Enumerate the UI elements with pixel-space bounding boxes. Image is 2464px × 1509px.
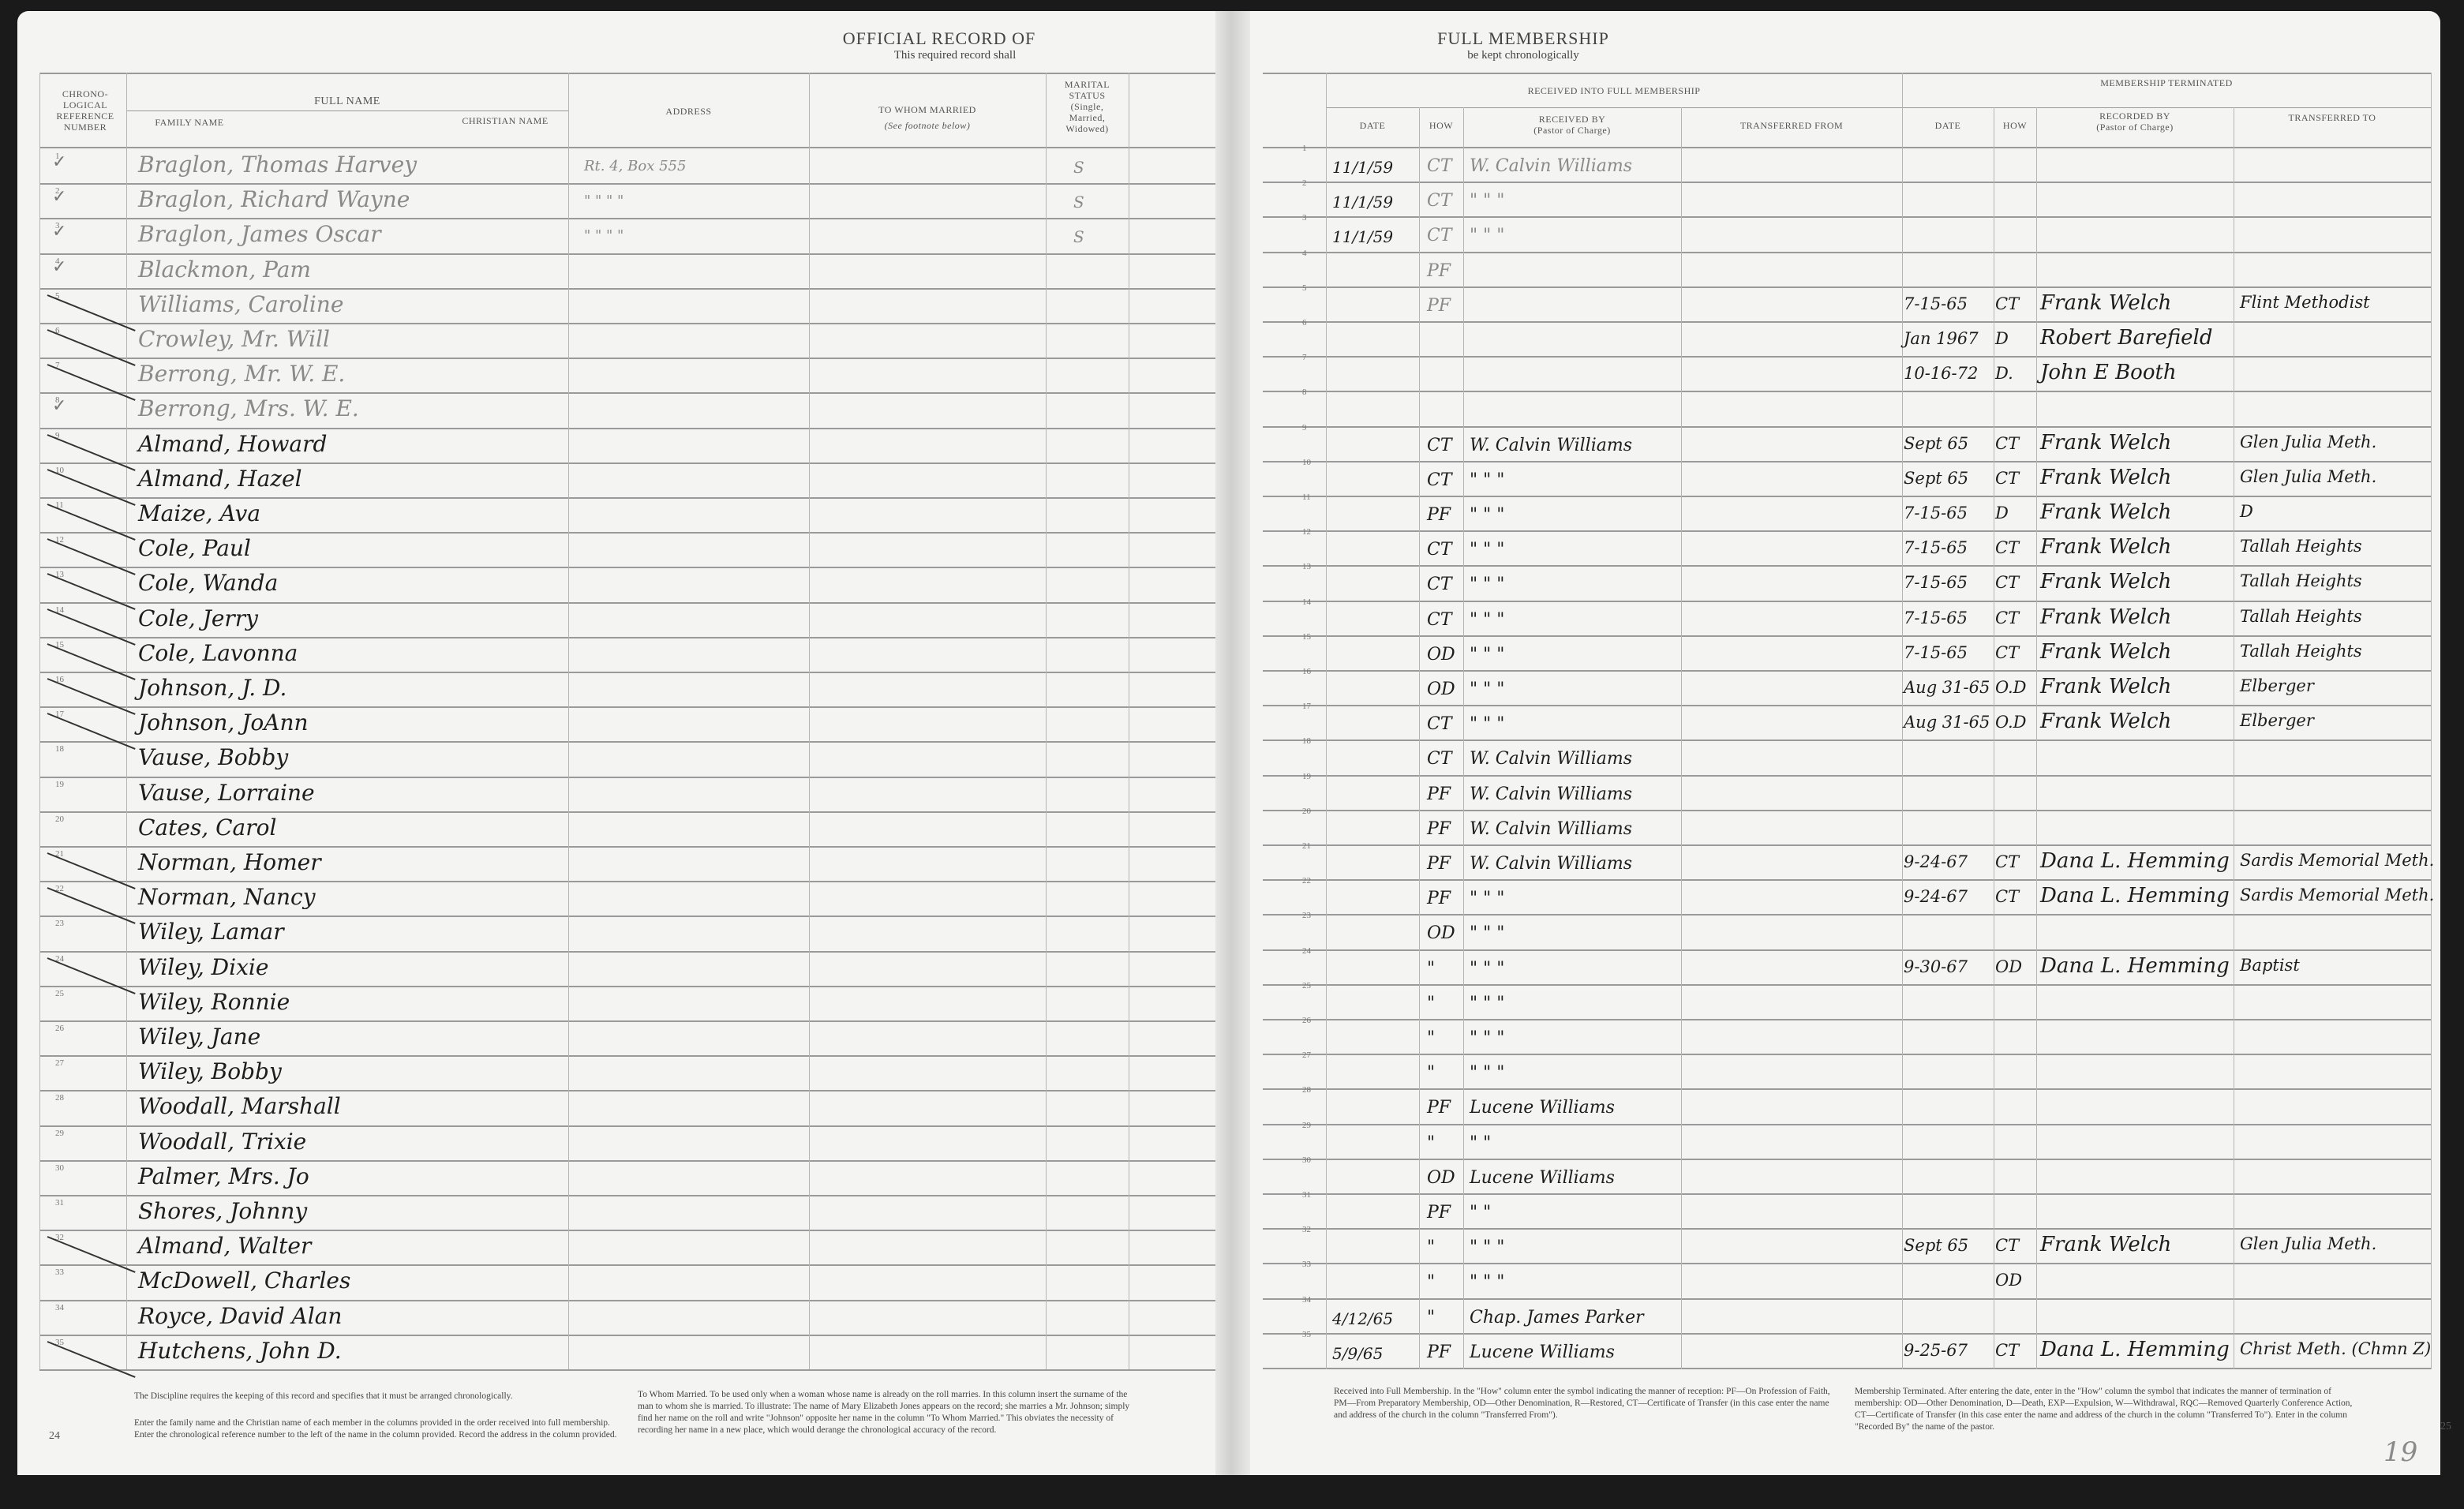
received-by: " " " (1470, 889, 1504, 908)
header-recorded-by: RECORDED BY (Pastor of Charge) (2036, 110, 2234, 133)
member-name: Cole, Lavonna (138, 640, 298, 666)
table-row: 1313Cole, WandaCT" " "7-15-65CTFrank Wel… (0, 567, 2464, 601)
member-name: Johnson, J. D. (138, 675, 286, 701)
member-name: Blackmon, Pam (138, 256, 311, 283)
terminated-how: CT (1995, 294, 2019, 313)
header-date: DATE (1326, 120, 1419, 131)
received-how: " (1427, 994, 1435, 1013)
received-by: " " " (1470, 1028, 1504, 1048)
row-number: 26 (55, 1024, 64, 1033)
right-group-divider (1326, 107, 2431, 108)
table-row: 1818Vause, BobbyCTW. Calvin Williams (0, 741, 2464, 776)
received-how: CT (1427, 191, 1452, 211)
received-how: PF (1427, 819, 1451, 839)
member-name: Shores, Johnny (138, 1198, 307, 1224)
terminated-how: O.D (1995, 713, 2027, 732)
to-whom-married-label: TO WHOM MARRIED (809, 104, 1046, 115)
recorded-by: Frank Welch (2040, 500, 2171, 524)
terminated-date: 7-15-65 (1904, 294, 1968, 313)
table-row: 1919Vause, LorrainePFW. Calvin Williams (0, 777, 2464, 811)
header-ref-number: CHRONO- LOGICAL REFERENCE NUMBER (46, 88, 125, 133)
table-row: 99Almand, HowardCTW. Calvin WilliamsSept… (0, 428, 2464, 462)
received-by: Lucene Williams (1470, 1342, 1615, 1362)
row-number: 7 (1302, 353, 1307, 362)
received-by: " " " (1470, 1238, 1504, 1257)
table-row: 3131Shores, JohnnyPF" " (0, 1195, 2464, 1230)
header-to-whom-married: TO WHOM MARRIED (See footnote below) (809, 104, 1046, 131)
row-number: 29 (1302, 1121, 1311, 1130)
table-row: 2424Wiley, Dixie"" " "9-30-67ODDana L. H… (0, 951, 2464, 986)
received-how: CT (1427, 226, 1452, 245)
table-row: 33✓Braglon, James Oscar" " " "S11/1/59CT… (0, 218, 2464, 253)
member-name: Norman, Homer (138, 849, 321, 875)
terminated-how: CT (1995, 573, 2019, 592)
received-by-label: RECEIVED BY (1463, 114, 1681, 125)
received-how: OD (1427, 680, 1455, 699)
transferred-to: Elberger (2240, 676, 2314, 695)
recorded-by: Dana L. Hemming (2040, 884, 2230, 908)
terminated-date: 10-16-72 (1904, 364, 1978, 383)
row-number: 33 (55, 1267, 64, 1277)
table-row: 44✓Blackmon, PamPF (0, 253, 2464, 288)
left-subtitle: This required record shall (789, 49, 1121, 62)
row-number: 3 (1302, 213, 1307, 223)
footnote-discipline: The Discipline requires the keeping of t… (134, 1391, 623, 1402)
table-row: 88✓Berrong, Mrs. W. E. (0, 392, 2464, 427)
row-number: 19 (55, 780, 64, 789)
received-date: 5/9/65 (1332, 1344, 1383, 1363)
received-how: PF (1427, 784, 1451, 804)
table-row: 1515Cole, LavonnaOD" " "7-15-65CTFrank W… (0, 637, 2464, 672)
row-number: 20 (1302, 807, 1311, 816)
header-full-name: FULL NAME (126, 96, 568, 107)
row-number: 18 (1302, 736, 1311, 746)
terminated-how: O.D (1995, 678, 2027, 697)
transferred-to: Flint Methodist (2240, 293, 2370, 312)
member-name: Palmer, Mrs. Jo (138, 1163, 309, 1189)
terminated-date: Aug 31-65 (1904, 678, 1990, 697)
right-title: FULL MEMBERSHIP (1381, 28, 1665, 49)
transferred-to: Tallah Heights (2240, 642, 2362, 661)
handwritten-page-number: 19 (2383, 1436, 2417, 1468)
terminated-how: OD (1995, 1271, 2022, 1290)
received-how: CT (1427, 470, 1452, 490)
received-by: " " " (1470, 505, 1504, 525)
recorded-by: Frank Welch (2040, 291, 2171, 315)
header-transferred-from: TRANSFERRED FROM (1681, 120, 1902, 131)
member-name: Cole, Paul (138, 535, 251, 561)
row-number: 15 (1302, 632, 1311, 642)
terminated-date: Sept 65 (1904, 469, 1968, 488)
recorded-by: John E Booth (2040, 361, 2177, 384)
table-row: 2727Wiley, Bobby"" " " (0, 1055, 2464, 1090)
header-top-rule-right (1263, 73, 2431, 74)
row-number: 18 (55, 744, 64, 754)
received-by: " " " (1470, 680, 1504, 699)
received-how: PF (1427, 505, 1451, 525)
table-row: 22✓Braglon, Richard Wayne" " " "S11/1/59… (0, 183, 2464, 218)
row-number: 20 (55, 814, 64, 824)
received-by: " " " (1470, 191, 1504, 211)
page-number-right: 25 (2440, 1421, 2451, 1433)
row-number: 22 (1302, 876, 1311, 886)
received-by: " " " (1470, 226, 1504, 245)
row-number: 33 (1302, 1260, 1311, 1269)
recorded-by: Dana L. Hemming (2040, 954, 2230, 978)
member-name: Woodall, Trixie (138, 1129, 306, 1155)
member-name: Wiley, Ronnie (138, 989, 290, 1015)
check-mark-icon: ✓ (52, 256, 66, 277)
transferred-to: Sardis Memorial Meth. (2240, 886, 2434, 904)
terminated-how: CT (1995, 1236, 2019, 1255)
member-name: Woodall, Marshall (138, 1093, 341, 1119)
received-by: W. Calvin Williams (1470, 854, 1632, 874)
header-transferred-to: TRANSFERRED TO (2234, 112, 2431, 123)
row-number: 11 (1302, 492, 1311, 502)
member-name: Almand, Howard (138, 431, 327, 457)
member-name: Almand, Hazel (138, 466, 302, 492)
table-row: 1212Cole, PaulCT" " "7-15-65CTFrank Welc… (0, 532, 2464, 567)
received-how: CT (1427, 610, 1452, 630)
received-by: W. Calvin Williams (1470, 784, 1632, 804)
table-row: 2525Wiley, Ronnie"" " " (0, 986, 2464, 1020)
table-row: 3030Palmer, Mrs. JoODLucene Williams (0, 1160, 2464, 1195)
table-row: 3333McDowell, Charles"" " "OD (0, 1264, 2464, 1299)
header-family-name: FAMILY NAME (134, 117, 245, 128)
recorded-by: Frank Welch (2040, 640, 2171, 664)
terminated-how: D. (1995, 364, 2013, 383)
terminated-how: CT (1995, 469, 2019, 488)
table-row: 1111Maize, AvaPF" " "7-15-65DFrank Welch… (0, 497, 2464, 532)
recorded-by-label: RECORDED BY (2036, 110, 2234, 122)
marital-status-label: MARITAL STATUS (1060, 79, 1115, 101)
footnote-enter-names: Enter the family name and the Christian … (134, 1417, 623, 1441)
row-number: 31 (1302, 1190, 1311, 1200)
row-number: 31 (55, 1198, 64, 1208)
recorded-by-note: (Pastor of Charge) (2036, 122, 2234, 133)
footnote-to-whom-married: To Whom Married. To be used only when a … (638, 1389, 1143, 1436)
member-name: Cates, Carol (138, 814, 276, 841)
row-number: 17 (1302, 702, 1311, 711)
received-how: CT (1427, 714, 1452, 734)
marital-status: S (1073, 158, 1084, 177)
received-how: CT (1427, 156, 1452, 176)
transferred-to: Sardis Memorial Meth. (2240, 851, 2434, 870)
table-row: 1717Johnson, JoAnnCT" " "Aug 31-65O.DFra… (0, 706, 2464, 741)
marital-status: S (1073, 227, 1084, 246)
recorded-by: Robert Barefield (2040, 326, 2213, 350)
row-number: 24 (1302, 946, 1311, 956)
table-row: 55Williams, CarolinePF7-15-65CTFrank Wel… (0, 288, 2464, 323)
terminated-how: OD (1995, 957, 2022, 976)
member-name: Wiley, Bobby (138, 1058, 282, 1084)
terminated-date: 7-15-65 (1904, 504, 1968, 522)
page-number-left: 24 (49, 1430, 60, 1443)
terminated-how: CT (1995, 887, 2019, 906)
received-date: 11/1/59 (1332, 227, 1393, 246)
member-name: Maize, Ava (138, 500, 260, 526)
member-name: Cole, Wanda (138, 570, 278, 596)
received-by-note: (Pastor of Charge) (1463, 125, 1681, 136)
terminated-how: D (1995, 329, 2009, 348)
terminated-how: CT (1995, 643, 2019, 662)
transferred-to: Tallah Heights (2240, 537, 2362, 556)
member-name: Hutchens, John D. (138, 1338, 342, 1364)
header-term-date: DATE (1902, 120, 1994, 131)
received-how: PF (1427, 296, 1451, 316)
member-name: Vause, Bobby (138, 744, 288, 770)
received-by: W. Calvin Williams (1470, 156, 1632, 176)
terminated-date: 9-24-67 (1904, 852, 1968, 871)
received-how: " (1427, 1272, 1435, 1292)
recorded-by: Dana L. Hemming (2040, 849, 2230, 873)
received-by: " " " (1470, 923, 1504, 943)
table-row: 2020Cates, CarolPFW. Calvin Williams (0, 811, 2464, 846)
member-name: Berrong, Mr. W. E. (138, 361, 345, 387)
received-how: PF (1427, 1342, 1451, 1362)
received-by: " " " (1470, 959, 1504, 979)
transferred-to: Baptist (2240, 956, 2300, 975)
table-row: 1414Cole, JerryCT" " "7-15-65CTFrank Wel… (0, 602, 2464, 637)
row-number: 23 (55, 919, 64, 928)
row-number: 34 (1302, 1295, 1311, 1305)
received-how: " (1427, 1063, 1435, 1083)
table-row: 3232Almand, Walter"" " "Sept 65CTFrank W… (0, 1230, 2464, 1264)
recorded-by: Frank Welch (2040, 431, 2171, 455)
table-row: 2323Wiley, LamarOD" " " (0, 916, 2464, 950)
row-number: 21 (1302, 841, 1311, 851)
transferred-to: D (2240, 502, 2253, 521)
to-whom-married-note: (See footnote below) (809, 120, 1046, 131)
row-number: 26 (1302, 1016, 1311, 1025)
received-how: CT (1427, 749, 1452, 769)
terminated-date: Aug 31-65 (1904, 713, 1990, 732)
row-number: 29 (55, 1129, 64, 1138)
row-number: 27 (55, 1058, 64, 1068)
row-number: 32 (1302, 1225, 1311, 1234)
member-name: Braglon, James Oscar (138, 221, 381, 247)
member-name: Wiley, Dixie (138, 954, 268, 980)
recorded-by: Dana L. Hemming (2040, 1338, 2230, 1361)
received-date: 4/12/65 (1332, 1309, 1393, 1328)
transferred-to: Glen Julia Meth. (2240, 1234, 2376, 1253)
row-number: 35 (1302, 1330, 1311, 1339)
received-by: W. Calvin Williams (1470, 436, 1632, 455)
row-number: 16 (1302, 667, 1311, 676)
terminated-date: 7-15-65 (1904, 538, 1968, 557)
table-row: 77Berrong, Mr. W. E.10-16-72D.John E Boo… (0, 358, 2464, 392)
received-how: OD (1427, 923, 1455, 943)
header-terminated-group: MEMBERSHIP TERMINATED (1902, 77, 2431, 88)
received-by: " " " (1470, 714, 1504, 734)
received-how: CT (1427, 575, 1452, 594)
recorded-by: Frank Welch (2040, 605, 2171, 629)
member-name: Almand, Walter (138, 1233, 311, 1259)
terminated-how: CT (1995, 1341, 2019, 1360)
received-how: PF (1427, 261, 1451, 281)
header-marital-status: MARITAL STATUS (Single, Married, Widowed… (1046, 79, 1129, 134)
received-by: Chap. James Parker (1470, 1308, 1644, 1327)
marital-status: S (1073, 193, 1084, 212)
received-how: PF (1427, 1098, 1451, 1118)
table-row: 2626Wiley, Jane"" " " (0, 1020, 2464, 1055)
transferred-to: Elberger (2240, 711, 2314, 730)
received-by: " " " (1470, 645, 1504, 665)
terminated-date: 9-30-67 (1904, 957, 1968, 976)
member-name: Norman, Nancy (138, 884, 316, 910)
received-how: OD (1427, 1168, 1455, 1188)
received-by: " " " (1470, 470, 1504, 490)
header-term-how: HOW (1994, 120, 2036, 131)
received-how: CT (1427, 540, 1452, 560)
member-name: Royce, David Alan (138, 1303, 342, 1329)
check-mark-icon: ✓ (52, 152, 66, 172)
row-number: 30 (1302, 1155, 1311, 1165)
terminated-date: Jan 1967 (1904, 329, 1979, 348)
header-christian-name: CHRISTIAN NAME (442, 115, 568, 126)
received-date: 11/1/59 (1332, 193, 1393, 212)
table-row: 2828Woodall, MarshallPFLucene Williams (0, 1090, 2464, 1125)
row-number: 5 (1302, 283, 1307, 293)
footnote-terminated: Membership Terminated. After entering th… (1855, 1386, 2360, 1433)
marital-status-note: (Single, Married, Widowed) (1060, 101, 1115, 134)
row-number: 28 (55, 1093, 64, 1103)
member-name: Wiley, Jane (138, 1024, 260, 1050)
received-by: W. Calvin Williams (1470, 819, 1632, 839)
terminated-how: CT (1995, 434, 2019, 453)
received-how: " (1427, 1028, 1435, 1048)
member-name: Cole, Jerry (138, 605, 258, 631)
terminated-how: D (1995, 504, 2009, 522)
row-number: 2 (1302, 178, 1307, 188)
terminated-date: 9-24-67 (1904, 887, 1968, 906)
transferred-to: Tallah Heights (2240, 571, 2362, 590)
table-row: 2222Norman, NancyPF" " "9-24-67CTDana L.… (0, 881, 2464, 916)
row-number: 10 (1302, 458, 1311, 467)
row-number: 4 (1302, 249, 1307, 258)
transferred-to: Tallah Heights (2240, 607, 2362, 626)
left-title: OFFICIAL RECORD OF (758, 28, 1121, 49)
row-number: 13 (1302, 562, 1311, 571)
received-by: Lucene Williams (1470, 1098, 1615, 1118)
recorded-by: Frank Welch (2040, 1233, 2171, 1256)
recorded-by: Frank Welch (2040, 466, 2171, 489)
row-number: 23 (1302, 911, 1311, 920)
terminated-how: CT (1995, 608, 2019, 627)
member-address: " " " " (584, 227, 623, 244)
received-how: PF (1427, 1203, 1451, 1223)
row-number: 19 (1302, 772, 1311, 781)
received-how: PF (1427, 854, 1451, 874)
received-by: " " (1470, 1203, 1491, 1223)
row-number: 25 (55, 989, 64, 998)
check-mark-icon: ✓ (52, 395, 66, 416)
table-row: 1616Johnson, J. D.OD" " "Aug 31-65O.DFra… (0, 672, 2464, 706)
terminated-how: CT (1995, 538, 2019, 557)
received-how: " (1427, 1308, 1435, 1327)
terminated-date: Sept 65 (1904, 434, 1968, 453)
member-address: " " " " (584, 193, 623, 209)
member-address: Rt. 4, Box 555 (584, 158, 686, 174)
recorded-by: Frank Welch (2040, 570, 2171, 593)
terminated-date: 7-15-65 (1904, 643, 1968, 662)
received-how: CT (1427, 436, 1452, 455)
member-name: Berrong, Mrs. W. E. (138, 395, 359, 421)
header-how: HOW (1419, 120, 1463, 131)
terminated-how: CT (1995, 852, 2019, 871)
header-received-by: RECEIVED BY (Pastor of Charge) (1463, 114, 1681, 136)
recorded-by: Frank Welch (2040, 535, 2171, 559)
recorded-by: Frank Welch (2040, 675, 2171, 698)
row-number: 6 (1302, 318, 1307, 328)
check-mark-icon: ✓ (52, 221, 66, 242)
row-rule (39, 1369, 1215, 1371)
received-by: Lucene Williams (1470, 1168, 1615, 1188)
table-row: 1010Almand, HazelCT" " "Sept 65CTFrank W… (0, 462, 2464, 497)
row-number: 28 (1302, 1085, 1311, 1095)
row-number: 1 (1302, 144, 1307, 153)
received-how: PF (1427, 889, 1451, 908)
table-row: 11✓Braglon, Thomas HarveyRt. 4, Box 555S… (0, 148, 2464, 183)
row-number: 9 (1302, 423, 1307, 432)
member-name: Johnson, JoAnn (138, 710, 309, 736)
table-row: 3434Royce, David Alan4/12/65"Chap. James… (0, 1300, 2464, 1335)
terminated-date: Sept 65 (1904, 1236, 1968, 1255)
recorded-by: Frank Welch (2040, 710, 2171, 733)
received-how: " (1427, 1133, 1435, 1153)
received-date: 11/1/59 (1332, 158, 1393, 177)
table-row: 2121Norman, HomerPFW. Calvin Williams9-2… (0, 846, 2464, 881)
received-how: OD (1427, 645, 1455, 665)
row-number: 12 (1302, 527, 1311, 537)
transferred-to: Christ Meth. (Chmn Z) (2240, 1339, 2431, 1358)
received-by: W. Calvin Williams (1470, 749, 1632, 769)
received-by: " " " (1470, 1272, 1504, 1292)
transferred-to: Glen Julia Meth. (2240, 432, 2376, 451)
check-mark-icon: ✓ (52, 186, 66, 207)
row-number: 30 (55, 1163, 64, 1173)
row-number: 14 (1302, 597, 1311, 607)
member-name: Vause, Lorraine (138, 780, 315, 806)
right-subtitle: be kept chronologically (1381, 49, 1665, 62)
table-row: 2929Woodall, Trixie"" " (0, 1125, 2464, 1160)
terminated-date: 7-15-65 (1904, 573, 1968, 592)
received-by: " " (1470, 1133, 1491, 1153)
terminated-date: 9-25-67 (1904, 1341, 1968, 1360)
member-name: Williams, Caroline (138, 291, 343, 317)
received-by: " " " (1470, 994, 1504, 1013)
received-by: " " " (1470, 610, 1504, 630)
table-row: 66Crowley, Mr. WillJan 1967DRobert Baref… (0, 323, 2464, 358)
header-received-group: RECEIVED INTO FULL MEMBERSHIP (1326, 85, 1902, 96)
received-by: " " " (1470, 540, 1504, 560)
row-number: 25 (1302, 981, 1311, 990)
member-name: Crowley, Mr. Will (138, 326, 330, 352)
row-number: 27 (1302, 1050, 1311, 1060)
table-row: 3535Hutchens, John D.5/9/65PFLucene Will… (0, 1335, 2464, 1369)
footnote-received: Received into Full Membership. In the "H… (1334, 1386, 1839, 1421)
member-name: McDowell, Charles (138, 1267, 350, 1294)
member-name: Braglon, Thomas Harvey (138, 152, 417, 178)
received-how: " (1427, 959, 1435, 979)
received-how: " (1427, 1238, 1435, 1257)
row-number: 8 (1302, 388, 1307, 397)
header-top-rule (39, 73, 1215, 74)
transferred-to: Glen Julia Meth. (2240, 467, 2376, 486)
member-name: Wiley, Lamar (138, 919, 284, 945)
received-by: " " " (1470, 1063, 1504, 1083)
received-by: " " " (1470, 575, 1504, 594)
